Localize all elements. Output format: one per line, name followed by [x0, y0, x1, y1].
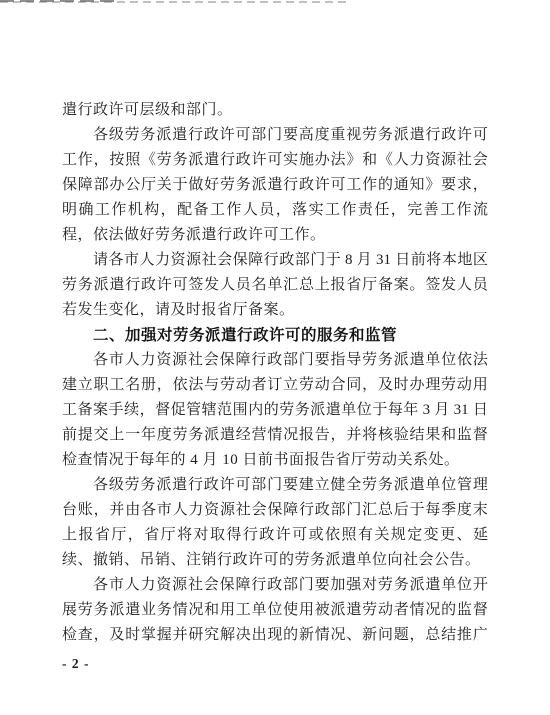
text-line: 展劳务派遣业务情况和用工单位使用被派遣劳动者情况的监督: [62, 598, 488, 623]
text-line: 若发生变化，请及时报省厅备案。: [62, 298, 488, 323]
text-line: 程，依法做好劳务派遣行政许可工作。: [62, 223, 488, 248]
text-line: 上报省厅，省厅将对取得行政许可或依照有关规定变更、延: [62, 523, 488, 548]
text-line: 台账，并由各市人力资源社会保障行政部门汇总后于每季度末: [62, 498, 488, 523]
document-body: 遣行政许可层级和部门。 各级劳务派遣行政许可部门要高度重视劳务派遣行政许可 工作…: [62, 98, 488, 648]
text-line: 前提交上一年度劳务派遣经营情况报告，并将核验结果和监督: [62, 423, 488, 448]
document-page: 遣行政许可层级和部门。 各级劳务派遣行政许可部门要高度重视劳务派遣行政许可 工作…: [0, 0, 550, 715]
section-heading: 二、加强对劳务派遣行政许可的服务和监管: [62, 323, 488, 348]
text-line: 劳务派遣行政许可签发人员名单汇总上报省厅备案。签发人员: [62, 273, 488, 298]
text-line: 各市人力资源社会保障行政部门要指导劳务派遣单位依法: [62, 348, 488, 373]
text-line: 各级劳务派遣行政许可部门要高度重视劳务派遣行政许可: [62, 123, 488, 148]
text-line: 工备案手续，督促管辖范围内的劳务派遣单位于每年 3 月 31 日: [62, 398, 488, 423]
text-line: 工作，按照《劳务派遣行政许可实施办法》和《人力资源社会: [62, 148, 488, 173]
scan-artifact-line-dark: [0, 0, 120, 2]
text-line: 检查，及时掌握并研究解决出现的新情况、新问题，总结推广: [62, 623, 488, 648]
text-line: 续、撤销、吊销、注销行政许可的劳务派遣单位向社会公告。: [62, 548, 488, 573]
text-line: 请各市人力资源社会保障行政部门于 8 月 31 日前将本地区: [62, 248, 488, 273]
text-line: 检查情况于每年的 4 月 10 日前书面报告省厅劳动关系处。: [62, 448, 488, 473]
text-line: 遣行政许可层级和部门。: [62, 98, 488, 123]
text-line: 各市人力资源社会保障行政部门要加强对劳务派遣单位开: [62, 573, 488, 598]
text-line: 保障部办公厅关于做好劳务派遣行政许可工作的通知》要求，: [62, 173, 488, 198]
text-line: 建立职工名册，依法与劳动者订立劳动合同，及时办理劳动用: [62, 373, 488, 398]
page-number: - 2 -: [62, 656, 90, 672]
text-line: 各级劳务派遣行政许可部门要建立健全劳务派遣单位管理: [62, 473, 488, 498]
text-line: 明确工作机构，配备工作人员，落实工作责任，完善工作流: [62, 198, 488, 223]
